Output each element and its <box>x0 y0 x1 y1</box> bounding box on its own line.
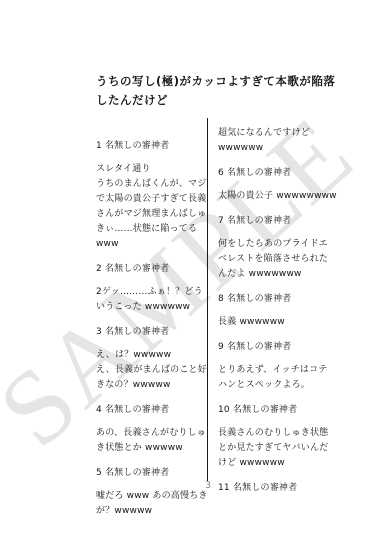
post-text-line: きなの？wwwww <box>96 378 200 393</box>
post-text-line: 嘘だろ www あの高慢ちき <box>96 489 200 504</box>
thread-post: 6 名無しの審神者太陽の貴公子 wwwwwwww <box>218 166 340 204</box>
thread-post: 11 名無しの審神者 <box>218 481 340 496</box>
post-author-header: 5 名無しの審神者 <box>96 466 200 481</box>
post-text-line: きぃ……状態に陥ってる <box>96 222 200 237</box>
post-text-line: 何をしたらあのプライドエ <box>218 237 340 252</box>
post-text-line: スレタイ通り <box>96 162 200 177</box>
thread-post: 9 名無しの審神者とりあえず、イッチはコテハンとスペックよろ。 <box>218 340 340 393</box>
post-text-line: え、長義がまんばのこと好 <box>96 363 200 378</box>
post-text-line: 長義 wwwwww <box>218 315 340 330</box>
thread-post: 超気になるんですけどwwwwww <box>218 126 340 156</box>
post-text-line: ハンとスペックよろ。 <box>218 378 340 393</box>
post-text-line: うちのまんばくんが、マジ <box>96 177 200 192</box>
thread-column-left: 1 名無しの審神者スレタイ通りうちのまんばくんが、マジで太陽の貴公子すぎて長義さ… <box>96 126 200 529</box>
post-text-line: さんがマジ無理まんばしゅ <box>96 207 200 222</box>
post-text-line: え、は？wwwww <box>96 348 200 363</box>
post-author-header: 3 名無しの審神者 <box>96 325 200 340</box>
column-divider-rule <box>207 118 208 481</box>
post-text-line: wwwwww <box>218 141 340 156</box>
thread-post: 7 名無しの審神者何をしたらあのプライドエベレストを陥落させられたんだよ www… <box>218 214 340 282</box>
post-author-header: 6 名無しの審神者 <box>218 166 340 181</box>
page-number: 3 <box>199 480 217 491</box>
thread-title-line-2: したんだけど <box>96 91 346 110</box>
post-author-header: 2 名無しの審神者 <box>96 262 200 277</box>
thread-title: うちの写し(極)がカッコよすぎて本歌が陥落 したんだけど <box>96 72 346 110</box>
thread-post: 8 名無しの審神者長義 wwwwww <box>218 292 340 330</box>
post-text-line: あの、長義さんがむりしゅ <box>96 426 200 441</box>
thread-post: 3 名無しの審神者え、は？wwwwwえ、長義がまんばのこと好きなの？wwwww <box>96 325 200 393</box>
post-author-header: 9 名無しの審神者 <box>218 340 340 355</box>
post-text-line: けど wwwwww <box>218 456 340 471</box>
post-author-header: 10 名無しの審神者 <box>218 403 340 418</box>
post-text-line: とか見たすぎてヤバいんだ <box>218 441 340 456</box>
post-text-line: が？wwwww <box>96 504 200 519</box>
post-text-line: き状態とか wwwww <box>96 441 200 456</box>
post-text-line: 太陽の貴公子 wwwwwwww <box>218 189 340 204</box>
post-text-line: 超気になるんですけど <box>218 126 340 141</box>
post-text-line: 2ゲッ………ふぁ！？どう <box>96 285 200 300</box>
post-author-header: 11 名無しの審神者 <box>218 481 340 496</box>
post-author-header: 8 名無しの審神者 <box>218 292 340 307</box>
post-author-header: 1 名無しの審神者 <box>96 139 200 154</box>
thread-post: 5 名無しの審神者嘘だろ www あの高慢ちきが？wwwww <box>96 466 200 519</box>
post-text-line: www <box>96 237 200 252</box>
page-content: うちの写し(極)がカッコよすぎて本歌が陥落 したんだけど 1 名無しの審神者スレ… <box>0 0 386 529</box>
post-text-line: 長義さんのむりしゅき状態 <box>218 426 340 441</box>
thread-column-right: 超気になるんですけどwwwwww6 名無しの審神者太陽の貴公子 wwwwwwww… <box>218 126 340 506</box>
post-text-line: んだよ wwwwwww <box>218 267 340 282</box>
thread-columns: 1 名無しの審神者スレタイ通りうちのまんばくんが、マジで太陽の貴公子すぎて長義さ… <box>96 126 346 529</box>
post-author-header: 4 名無しの審神者 <box>96 403 200 418</box>
thread-post: 4 名無しの審神者あの、長義さんがむりしゅき状態とか wwwww <box>96 403 200 456</box>
post-text-line: で太陽の貴公子すぎて長義 <box>96 192 200 207</box>
book-page: SAMPLE うちの写し(極)がカッコよすぎて本歌が陥落 したんだけど 1 名無… <box>0 0 386 544</box>
post-text-line: とりあえず、イッチはコテ <box>218 363 340 378</box>
thread-post: 2 名無しの審神者2ゲッ………ふぁ！？どういうこった wwwwww <box>96 262 200 315</box>
thread-title-line-1: うちの写し(極)がカッコよすぎて本歌が陥落 <box>96 72 346 91</box>
thread-post: 10 名無しの審神者長義さんのむりしゅき状態とか見たすぎてヤバいんだけど www… <box>218 403 340 471</box>
thread-post: 1 名無しの審神者スレタイ通りうちのまんばくんが、マジで太陽の貴公子すぎて長義さ… <box>96 139 200 252</box>
post-text-line: ベレストを陥落させられた <box>218 252 340 267</box>
post-text-line: いうこった wwwwww <box>96 300 200 315</box>
post-author-header: 7 名無しの審神者 <box>218 214 340 229</box>
